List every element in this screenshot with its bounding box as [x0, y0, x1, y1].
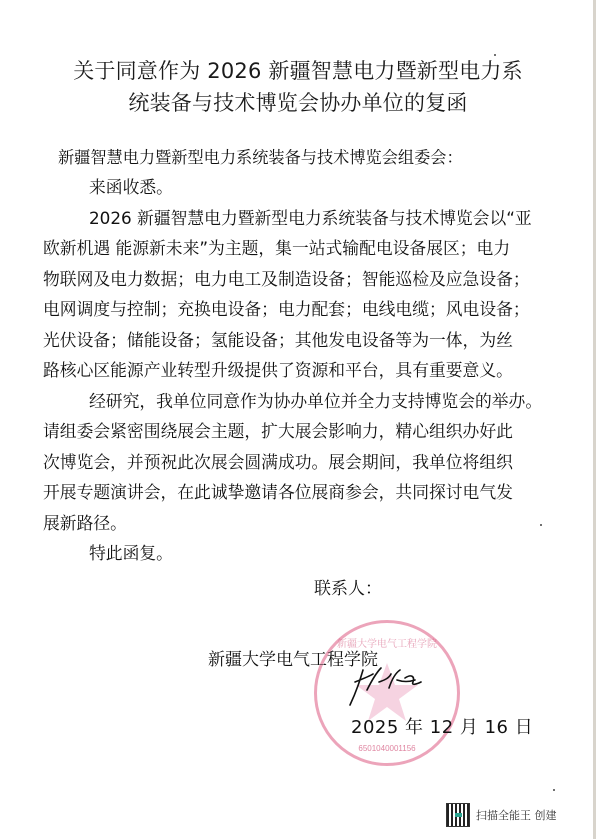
paragraph-2-line: 光伏设备；储能设备；氢能设备；其他发电设备等为一体，为丝: [43, 325, 553, 356]
scan-speck: [553, 789, 555, 791]
paragraph-2-line: 2026 新疆智慧电力暨新型电力系统装备与技术博览会以“亚: [43, 203, 553, 234]
paragraph-3-line: 请组委会紧密围绕展会主题，扩大展会影响力，精心组织办好此: [43, 416, 553, 447]
title-line-2: 统装备与技术博览会协办单位的复函: [0, 87, 596, 119]
paragraph-3-line: 开展专题演讲会，在此诚挚邀请各位展商参会，共同探讨电气发: [43, 477, 553, 508]
paragraph-2-line: 物联网及电力数据；电力电工及制造设备；智能巡检及应急设备；: [43, 264, 553, 295]
document-title: 关于同意作为 2026 新疆智慧电力暨新型电力系 统装备与技术博览会协办单位的复…: [0, 55, 596, 119]
watermark-label: 扫描全能王 创建: [476, 807, 557, 823]
letter-body: 来函收悉。 2026 新疆智慧电力暨新型电力系统装备与技术博览会以“亚 欧新机遇…: [43, 172, 553, 569]
document-date: 2025 年 12 月 16 日: [351, 713, 533, 739]
scanner-watermark: 扫描全能王 创建: [446, 803, 557, 827]
paragraph-2-line: 电网调度与控制；充换电设备；电力配套；电线电缆；风电设备；: [43, 294, 553, 325]
qr-code-icon: [446, 803, 470, 827]
paragraph-3-line: 经研究，我单位同意作为协办单位并全力支持博览会的举办。: [43, 386, 553, 417]
paragraph-2-line: 欧新机遇 能源新未来”为主题，集一站式输配电设备展区；电力: [43, 233, 553, 264]
scan-speck: [540, 524, 542, 526]
scan-speck: [522, 395, 524, 397]
closing: 特此函复。: [43, 538, 553, 569]
salutation: 新疆智慧电力暨新型电力系统装备与技术博览会组委会：: [58, 148, 463, 168]
title-line-1: 关于同意作为 2026 新疆智慧电力暨新型电力系: [0, 55, 596, 87]
paragraph-3-line: 展新路径。: [43, 508, 553, 539]
scan-speck: [494, 54, 496, 56]
handwritten-signature: [345, 660, 425, 710]
contact-label: 联系人：: [314, 574, 382, 599]
paragraph-3-line: 次博览会，并预祝此次展会圆满成功。展会期间，我单位将组织: [43, 447, 553, 478]
paragraph-1: 来函收悉。: [43, 172, 553, 203]
svg-text:6501040001156: 6501040001156: [358, 744, 416, 753]
paragraph-2-line: 路核心区能源产业转型升级提供了资源和平台，具有重要意义。: [43, 355, 553, 386]
